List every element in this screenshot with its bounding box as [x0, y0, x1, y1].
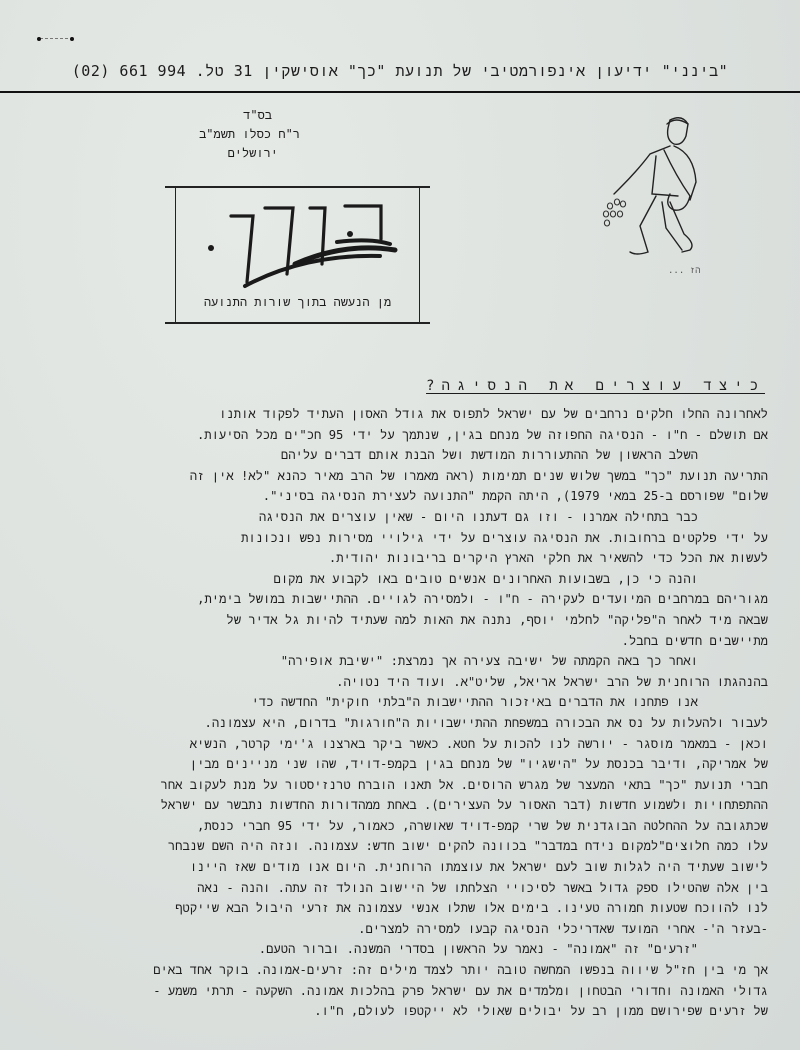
bsd-label: בס"ד	[190, 106, 300, 125]
article-line: ההתפתחויות ולשמוע חדשות (דבר האסור על הע…	[85, 795, 768, 816]
article-line: לעשות את הכל כדי להשאיר את חלקי הארץ היק…	[85, 548, 768, 569]
logo-subtitle: מן הנעשה בתוך שורות התנועה	[165, 295, 430, 310]
article-line: עלו כמה חלוצים"למקום נידח במדבר" בכוונה …	[85, 836, 768, 857]
punch-hole	[70, 37, 74, 41]
article-line: לעבור ולהעלות על נס את הבכורה במשפחת ההת…	[85, 713, 768, 734]
header-rule	[0, 91, 800, 93]
article-line: של זרעים שפירושם ממון רב על יבולים שאולי…	[85, 1001, 768, 1022]
article-title: כיצד עוצרים את הנסיגה?	[426, 378, 765, 395]
article-line: גדולי האמונה וחדורי הבטחון ומלמדים את עם…	[85, 981, 768, 1002]
article-line: לישוב שעתיד היה לגלות שוב לעם ישראל את ע…	[85, 857, 768, 878]
logo-box: בינני מן הנעשה בתוך שורות התנועה	[165, 186, 430, 324]
article-line: וכאן - במאמר מוסגר - יורשה לנו להכות על …	[85, 734, 768, 755]
article-line: ואחר כך באה הקמתה של ישיבה צעירה אך נמרצ…	[85, 651, 768, 672]
article-line: -בעזר ה'- אחרי המועד שאדריכלי הנסיגה קבע…	[85, 919, 768, 940]
illustration-signature: הז ...	[668, 266, 700, 276]
article-line: מתיישבים חדשים בחבל.	[85, 631, 768, 652]
article-line: והנה כי כן, בשבועות האחרונים אנשים טובים…	[85, 569, 768, 590]
punch-line	[40, 38, 68, 39]
article-line: התריעה תנועת "כך" במשך שלוש שנים תמימות …	[85, 466, 768, 487]
article-line: "זרעים" זה "אמונה" - נאמר על הראשון בסדר…	[85, 939, 768, 960]
masthead-line: "בינני" ידיעון אינפורמטיבי של תנועת "כך"…	[0, 62, 800, 81]
article-line: על ידי פלקטים ברחובות. את הנסיגה עוצרים …	[85, 528, 768, 549]
article-line: של אמריקה, ודיבר בכנסת על "הישגיו" של מנ…	[85, 754, 768, 775]
article-line: מגוריהם במרחבים המיועדים לעקירה - ח"ו - …	[85, 589, 768, 610]
article-line: לנו להווכח שטעות חמורה טעינו. בימים אלו …	[85, 898, 768, 919]
article-line: שלום" שפורסם ב-25 במאי 1979), היתה הקמת …	[85, 486, 768, 507]
article-line: השלב הראשון של ההתעוררות המודשת ושל הבנת…	[85, 445, 768, 466]
article-line: בין אלה שהטילו ספק גדול באשר לסיכויי הצל…	[85, 878, 768, 899]
city: ירושלים	[190, 144, 300, 163]
article-line: אנו פתחנו את הדברים באיזכור ההתיישבות ה"…	[85, 692, 768, 713]
article-line: חברי תנועת "כך" בתאי המעצר של מגרש הרוסי…	[85, 775, 768, 796]
logo-title-icon: בינני	[195, 194, 405, 289]
hebrew-date: ר"ח כסלו תשמ"ב	[190, 125, 300, 144]
article-body: לאחרונה החלו חלקים נרחבים של עם ישראל לת…	[85, 404, 768, 1022]
punch-hole	[37, 37, 41, 41]
sower-figure-icon	[578, 110, 718, 265]
article-line: שכתגובה על ההחלטה הבוגדנית של שרי קמפ-דו…	[85, 816, 768, 837]
article-line: שבאה מיד לאחר ה"פליקה" לחלמי יוסף, נתנה …	[85, 610, 768, 631]
article-line: בהנהגתו הרוחנית של הרב ישראל אריאל, שליט…	[85, 672, 768, 693]
article-line: אם תושלם - ח"ו - הנסיגה החפוזה של מנחם ב…	[85, 425, 768, 446]
article-line: לאחרונה החלו חלקים נרחבים של עם ישראל לת…	[85, 404, 768, 425]
article-line: אך מי בין חז"ל שיווה בנפשו המחשה טובה יו…	[85, 960, 768, 981]
article-line: כבר בתחילה אמרנו - וזו גם דעתנו היום - ש…	[85, 507, 768, 528]
date-block: בס"ד ר"ח כסלו תשמ"ב ירושלים	[190, 106, 300, 163]
